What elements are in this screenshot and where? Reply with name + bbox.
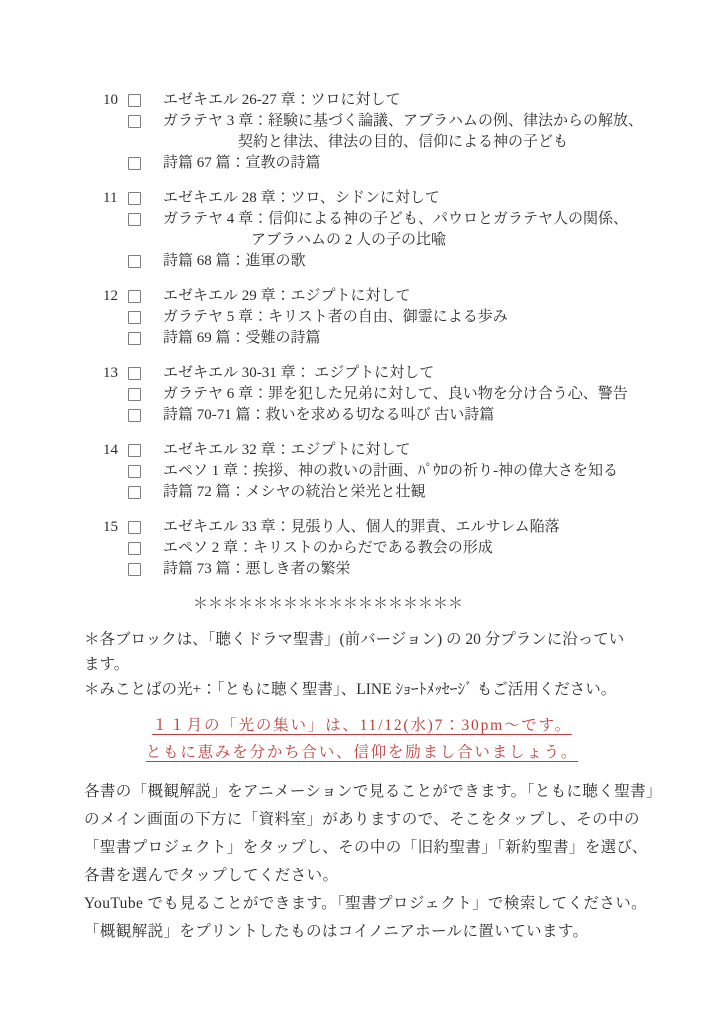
reading-checklist: 10 エゼキエル 26-27 章：ツロに対して ガラテヤ 3 章：経験に基づく論… [103,90,640,580]
checkbox-icon [128,367,141,380]
checklist-item: 詩篇 69 篇：受難の詩篇 [103,328,640,349]
reading-text: エゼキエル 26-27 章：ツロに対して [163,90,401,111]
reading-text: エゼキエル 28 章：ツロ、シドンに対して [163,188,440,209]
reading-text-continuation: 契約と律法、律法の目的、信仰による神の子ども [103,132,640,153]
checklist-item: エペソ 2 章：キリストのからだである教会の形成 [103,538,640,559]
reading-text: ガラテヤ 4 章：信仰による神の子ども、パウロとガラテヤ人の関係、 [163,209,628,230]
checkbox-icon [128,192,141,205]
document-page: 10 エゼキエル 26-27 章：ツロに対して ガラテヤ 3 章：経験に基づく論… [0,0,724,1024]
checklist-day-14: 14 エゼキエル 32 章：エジプトに対して エペソ 1 章：挨拶、神の救いの計… [103,440,640,503]
day-number: 13 [103,363,128,384]
checklist-item: ガラテヤ 5 章：キリスト者の自由、御霊による歩み [103,307,640,328]
checklist-item: 15 エゼキエル 33 章：見張り人、個人的罪責、エルサレム陥落 [103,517,640,538]
reading-text: 詩篇 70-71 篇：救いを求める切なる叫び 古い詩篇 [163,405,494,426]
checkbox-icon [128,521,141,534]
footnote-line: ます。 [84,652,640,677]
checklist-item: ガラテヤ 3 章：経験に基づく論議、アブラハムの例、律法からの解放、 [103,111,640,132]
checkbox-icon [128,388,141,401]
reading-text: 詩篇 68 篇：進軍の歌 [163,251,306,272]
app-instructions: 各書の「概観解説」をアニメーションで見ることができます。「ともに聴く聖書」 のメ… [84,778,640,890]
reading-text: 詩篇 73 篇：悪しき者の繁栄 [163,559,351,580]
reading-text: ガラテヤ 5 章：キリスト者の自由、御霊による歩み [163,307,508,328]
checkbox-icon [128,486,141,499]
checkbox-icon [128,332,141,345]
checklist-item: 詩篇 67 篇：宣教の詩篇 [103,153,640,174]
reading-text: エゼキエル 29 章：エジプトに対して [163,286,411,307]
checklist-item: 詩篇 68 篇：進軍の歌 [103,251,640,272]
checkbox-icon [128,290,141,303]
checkbox-icon [128,444,141,457]
checklist-item: 詩篇 70-71 篇：救いを求める切なる叫び 古い詩篇 [103,405,640,426]
reading-text: ガラテヤ 6 章：罪を犯した兄弟に対して、良い物を分け合う心、警告 [163,384,628,405]
reading-text: 詩篇 67 篇：宣教の詩篇 [163,153,321,174]
checkbox-icon [128,213,141,226]
reading-text: エペソ 2 章：キリストのからだである教会の形成 [163,538,493,559]
reading-text: 詩篇 72 篇：メシヤの統治と栄光と壮観 [163,482,426,503]
reading-text: エゼキエル 32 章：エジプトに対して [163,440,411,461]
footnotes: ＊各ブロックは、「聴くドラマ聖書」(前バージョン) の 20 分プランに沿ってい… [84,627,640,702]
instruction-line: のメイン画面の下方に「資料室」がありますので、そこをタップし、その中の [84,806,640,834]
meeting-announcement: １１月の「光の集い」は、11/12(水)7：30pm～です。 ともに恵みを分かち… [84,712,640,766]
day-number: 11 [103,188,128,209]
checkbox-icon [128,409,141,422]
footnote-line: ＊みことばの光+：「ともに聴く聖書」、LINE ｼｮｰﾄﾒｯｾｰｼﾞ もご活用く… [84,677,640,702]
asterisk-separator: ＊＊＊＊＊＊＊＊＊＊＊＊＊＊＊＊＊＊ [193,594,640,615]
checklist-day-11: 11 エゼキエル 28 章：ツロ、シドンに対して ガラテヤ 4 章：信仰による神… [103,188,640,272]
checklist-item: 詩篇 72 篇：メシヤの統治と栄光と壮観 [103,482,640,503]
checkbox-icon [128,94,141,107]
checklist-item: エペソ 1 章：挨拶、神の救いの計画、ﾊﾟｳﾛの祈り-神の偉大さを知る [103,461,640,482]
announcement-line: １１月の「光の集い」は、11/12(水)7：30pm～です。 [152,717,572,734]
youtube-note-line: YouTube でも見ることができます。「聖書プロジェクト」で検索してください。 [84,890,640,918]
instruction-line: 各書の「概観解説」をアニメーションで見ることができます。「ともに聴く聖書」 [84,778,640,806]
checkbox-icon [128,563,141,576]
checklist-item: 11 エゼキエル 28 章：ツロ、シドンに対して [103,188,640,209]
checklist-day-13: 13 エゼキエル 30-31 章： エジプトに対して ガラテヤ 6 章：罪を犯し… [103,363,640,426]
checklist-item: 10 エゼキエル 26-27 章：ツロに対して [103,90,640,111]
checklist-day-10: 10 エゼキエル 26-27 章：ツロに対して ガラテヤ 3 章：経験に基づく論… [103,90,640,174]
checkbox-icon [128,311,141,324]
day-number: 15 [103,517,128,538]
footnote-line: ＊各ブロックは、「聴くドラマ聖書」(前バージョン) の 20 分プランに沿ってい [84,627,640,652]
youtube-note: YouTube でも見ることができます。「聖書プロジェクト」で検索してください。… [84,890,640,946]
reading-text: 詩篇 69 篇：受難の詩篇 [163,328,321,349]
reading-text: エペソ 1 章：挨拶、神の救いの計画、ﾊﾟｳﾛの祈り-神の偉大さを知る [163,461,618,482]
checkbox-icon [128,157,141,170]
reading-text: エゼキエル 33 章：見張り人、個人的罪責、エルサレム陥落 [163,517,560,538]
instruction-line: 「聖書プロジェクト」をタップし、その中の「旧約聖書」「新約聖書」を選び、 [84,834,640,862]
checklist-item: ガラテヤ 6 章：罪を犯した兄弟に対して、良い物を分け合う心、警告 [103,384,640,405]
checklist-day-15: 15 エゼキエル 33 章：見張り人、個人的罪責、エルサレム陥落 エペソ 2 章… [103,517,640,580]
checkbox-icon [128,542,141,555]
checklist-item: 14 エゼキエル 32 章：エジプトに対して [103,440,640,461]
checklist-item: 13 エゼキエル 30-31 章： エジプトに対して [103,363,640,384]
reading-text: エゼキエル 30-31 章： エジプトに対して [163,363,434,384]
checklist-item: 12 エゼキエル 29 章：エジプトに対して [103,286,640,307]
checklist-day-12: 12 エゼキエル 29 章：エジプトに対して ガラテヤ 5 章：キリスト者の自由… [103,286,640,349]
checkbox-icon [128,465,141,478]
instruction-line: 各書を選んでタップしてください。 [84,862,640,890]
day-number: 14 [103,440,128,461]
checkbox-icon [128,115,141,128]
checklist-item: ガラテヤ 4 章：信仰による神の子ども、パウロとガラテヤ人の関係、 [103,209,640,230]
day-number: 10 [103,90,128,111]
day-number: 12 [103,286,128,307]
youtube-note-line: 「概観解説」をプリントしたものはコイノニアホールに置いています。 [84,918,640,946]
announcement-line: ともに恵みを分かち合い、信仰を励まし合いましょう。 [146,744,579,761]
reading-text: ガラテヤ 3 章：経験に基づく論議、アブラハムの例、律法からの解放、 [163,111,643,132]
checkbox-icon [128,255,141,268]
checklist-item: 詩篇 73 篇：悪しき者の繁栄 [103,559,640,580]
reading-text-continuation: アブラハムの 2 人の子の比喩 [103,230,640,251]
